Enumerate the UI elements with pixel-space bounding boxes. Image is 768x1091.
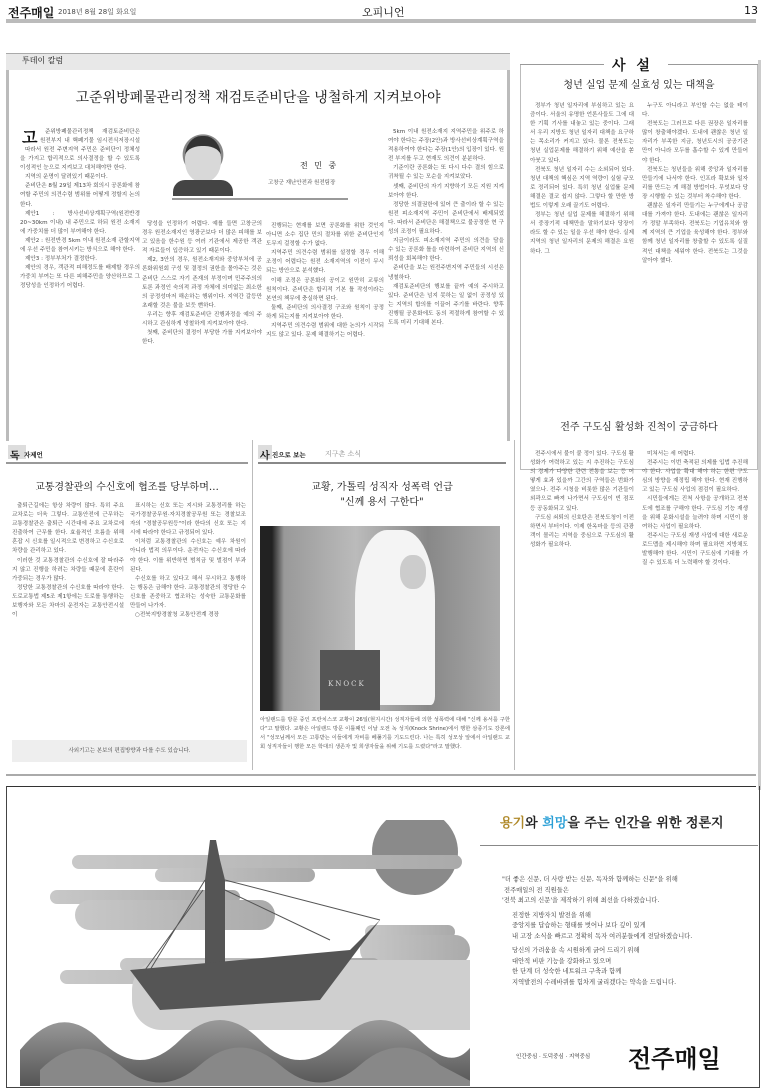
photo-news-label: 지구촌 소식 <box>325 449 361 459</box>
author-photo-face <box>185 136 221 182</box>
reader-opinion-headline: 교통경찰관의 수신호에 협조를 당부하며… <box>6 478 248 493</box>
editorial-headline-1: 청년 실업 문제 실효성 있는 대책을 <box>520 76 758 91</box>
masthead-page-number: 13 <box>744 4 758 17</box>
contribution-notice: 사외기고는 본보의 편집방향과 다를 수도 있습니다. <box>12 740 247 762</box>
photo-caption: 아일랜드를 방문 중인 프란치스코 교황이 26일(현지시간) 성직자들에 의한… <box>260 716 510 752</box>
editorial-side-bar <box>758 60 761 790</box>
reader-opinion-label-initial: 독 <box>10 447 20 462</box>
photo-news-label-mid: 진으로 보는 <box>272 450 306 459</box>
author-photo-suit <box>173 180 233 196</box>
editorial-1-col1: 정부가 청년 일자리에 부심하고 있는 요즘이다. 서울의 유명한 언론사들도 … <box>530 102 634 412</box>
reader-opinion-col2: 표시하는 신호 또는 지시와 교통정리를 하는 국가경찰공무원·자치경찰공무원 … <box>130 502 246 736</box>
ad-slogan: 인간중심 · 도덕중심 · 지역중심 <box>516 1052 590 1060</box>
ad-paragraph-3: 당신의 가려움을 속 시원하게 긁어 드리기 위해 대안적 비판 기능을 강화하… <box>512 946 692 988</box>
today-column-lead: 준위방폐물관리정책 재검토준비단은 원전부지 내 핵폐기물 임시전식저장시설 설… <box>40 128 140 146</box>
today-column-col4: 5km 이내 원전소재지 지역주민을 위주로 하여야 한다는 주장(2안)과 방… <box>388 128 504 438</box>
today-column-col3: 진행되는 현재를 보면 공론화를 위한 것인지 아니면 소수 집단 민의 절차를… <box>266 222 384 438</box>
ad-body: "더 좋은 신문, 더 사랑 받는 신문, 독자와 함께하는 신문"을 위해 전… <box>502 875 692 992</box>
ad-rule <box>480 845 758 846</box>
ad-paragraph-1: "더 좋은 신문, 더 사랑 받는 신문, 독자와 함께하는 신문"을 위해 전… <box>502 875 692 907</box>
drop-cap: 고 <box>22 125 37 148</box>
author-rule <box>172 198 348 200</box>
masthead-date: 2018년 8월 28일 화요일 <box>58 7 136 17</box>
column-separator <box>514 440 515 770</box>
masthead-section: 오피니언 <box>362 4 405 20</box>
today-column-headline: 고준위방폐물관리정책 재검토준비단을 냉철하게 지켜보아야 <box>6 87 510 107</box>
section-divider <box>6 774 756 776</box>
photo-news-rule <box>258 462 506 464</box>
ad-logo: 전주매일 <box>628 1039 721 1074</box>
editorial-2-col2: 미쳐서는 세 어렵다. 전주시는 이번 축적된 의제를 입법 추진해야 한다. … <box>642 450 748 770</box>
photo-face <box>400 555 426 589</box>
author-title: 고창군 재난안전과 원전팀장 <box>268 178 335 186</box>
editorial-top-rule-right <box>668 64 758 65</box>
editorial-top-rule-left <box>520 64 604 65</box>
today-column-col1: 따라서 원전 주변지역 주민은 준비단이 정체성을 가지고 합리적으로 의사결정… <box>20 146 140 438</box>
editorial-2-col1: 전주시에서 불이 붙 정이 있다. 구도심 활성화가 여력하고 있는 지 추진하… <box>530 450 634 770</box>
today-column-header-bar <box>6 53 510 70</box>
photo-news-headline: 교황, 가톨릭 성직자 성폭력 언급 "신께 용서 구한다" <box>258 480 506 510</box>
author-name: 전 민 중 <box>300 160 338 171</box>
column-separator <box>252 440 253 770</box>
reader-opinion-label: 자제언 <box>24 450 43 459</box>
ad-headline: 용기와 희망을 주는 인간을 위한 정론지 <box>500 812 724 831</box>
podium-text: KNOCK <box>328 680 366 688</box>
masthead-rule <box>6 19 756 23</box>
editorial-headline-2: 전주 구도심 활성화 진척이 궁금하다 <box>520 418 758 433</box>
reader-opinion-col1: 출퇴근길에는 항상 차량이 많다. 특히 주요 교차로는 더욱 그렇다. 교통안… <box>12 502 124 736</box>
today-column-label: 투데이 칼럼 <box>22 55 63 66</box>
editorial-label: 사 설 <box>612 55 653 75</box>
photo-news-label-initial: 사 <box>260 447 270 462</box>
editorial-1-col2: 누구도 아니라고 부인할 수는 없을 테이다. 전북도는 그러므로 다른 권장은… <box>642 102 748 412</box>
ship-illustration <box>20 820 470 1086</box>
ad-paragraph-2: 진정한 지방자치 발전을 위해 중앙지를 답습하는 형태를 벗어나 보다 깊이 … <box>512 911 692 943</box>
today-column-col2: 당성을 인정하기 어렵다. 예를 들면 고창군의 경우 원전소재지인 영광군보다… <box>142 220 262 438</box>
reader-opinion-rule <box>6 462 248 464</box>
